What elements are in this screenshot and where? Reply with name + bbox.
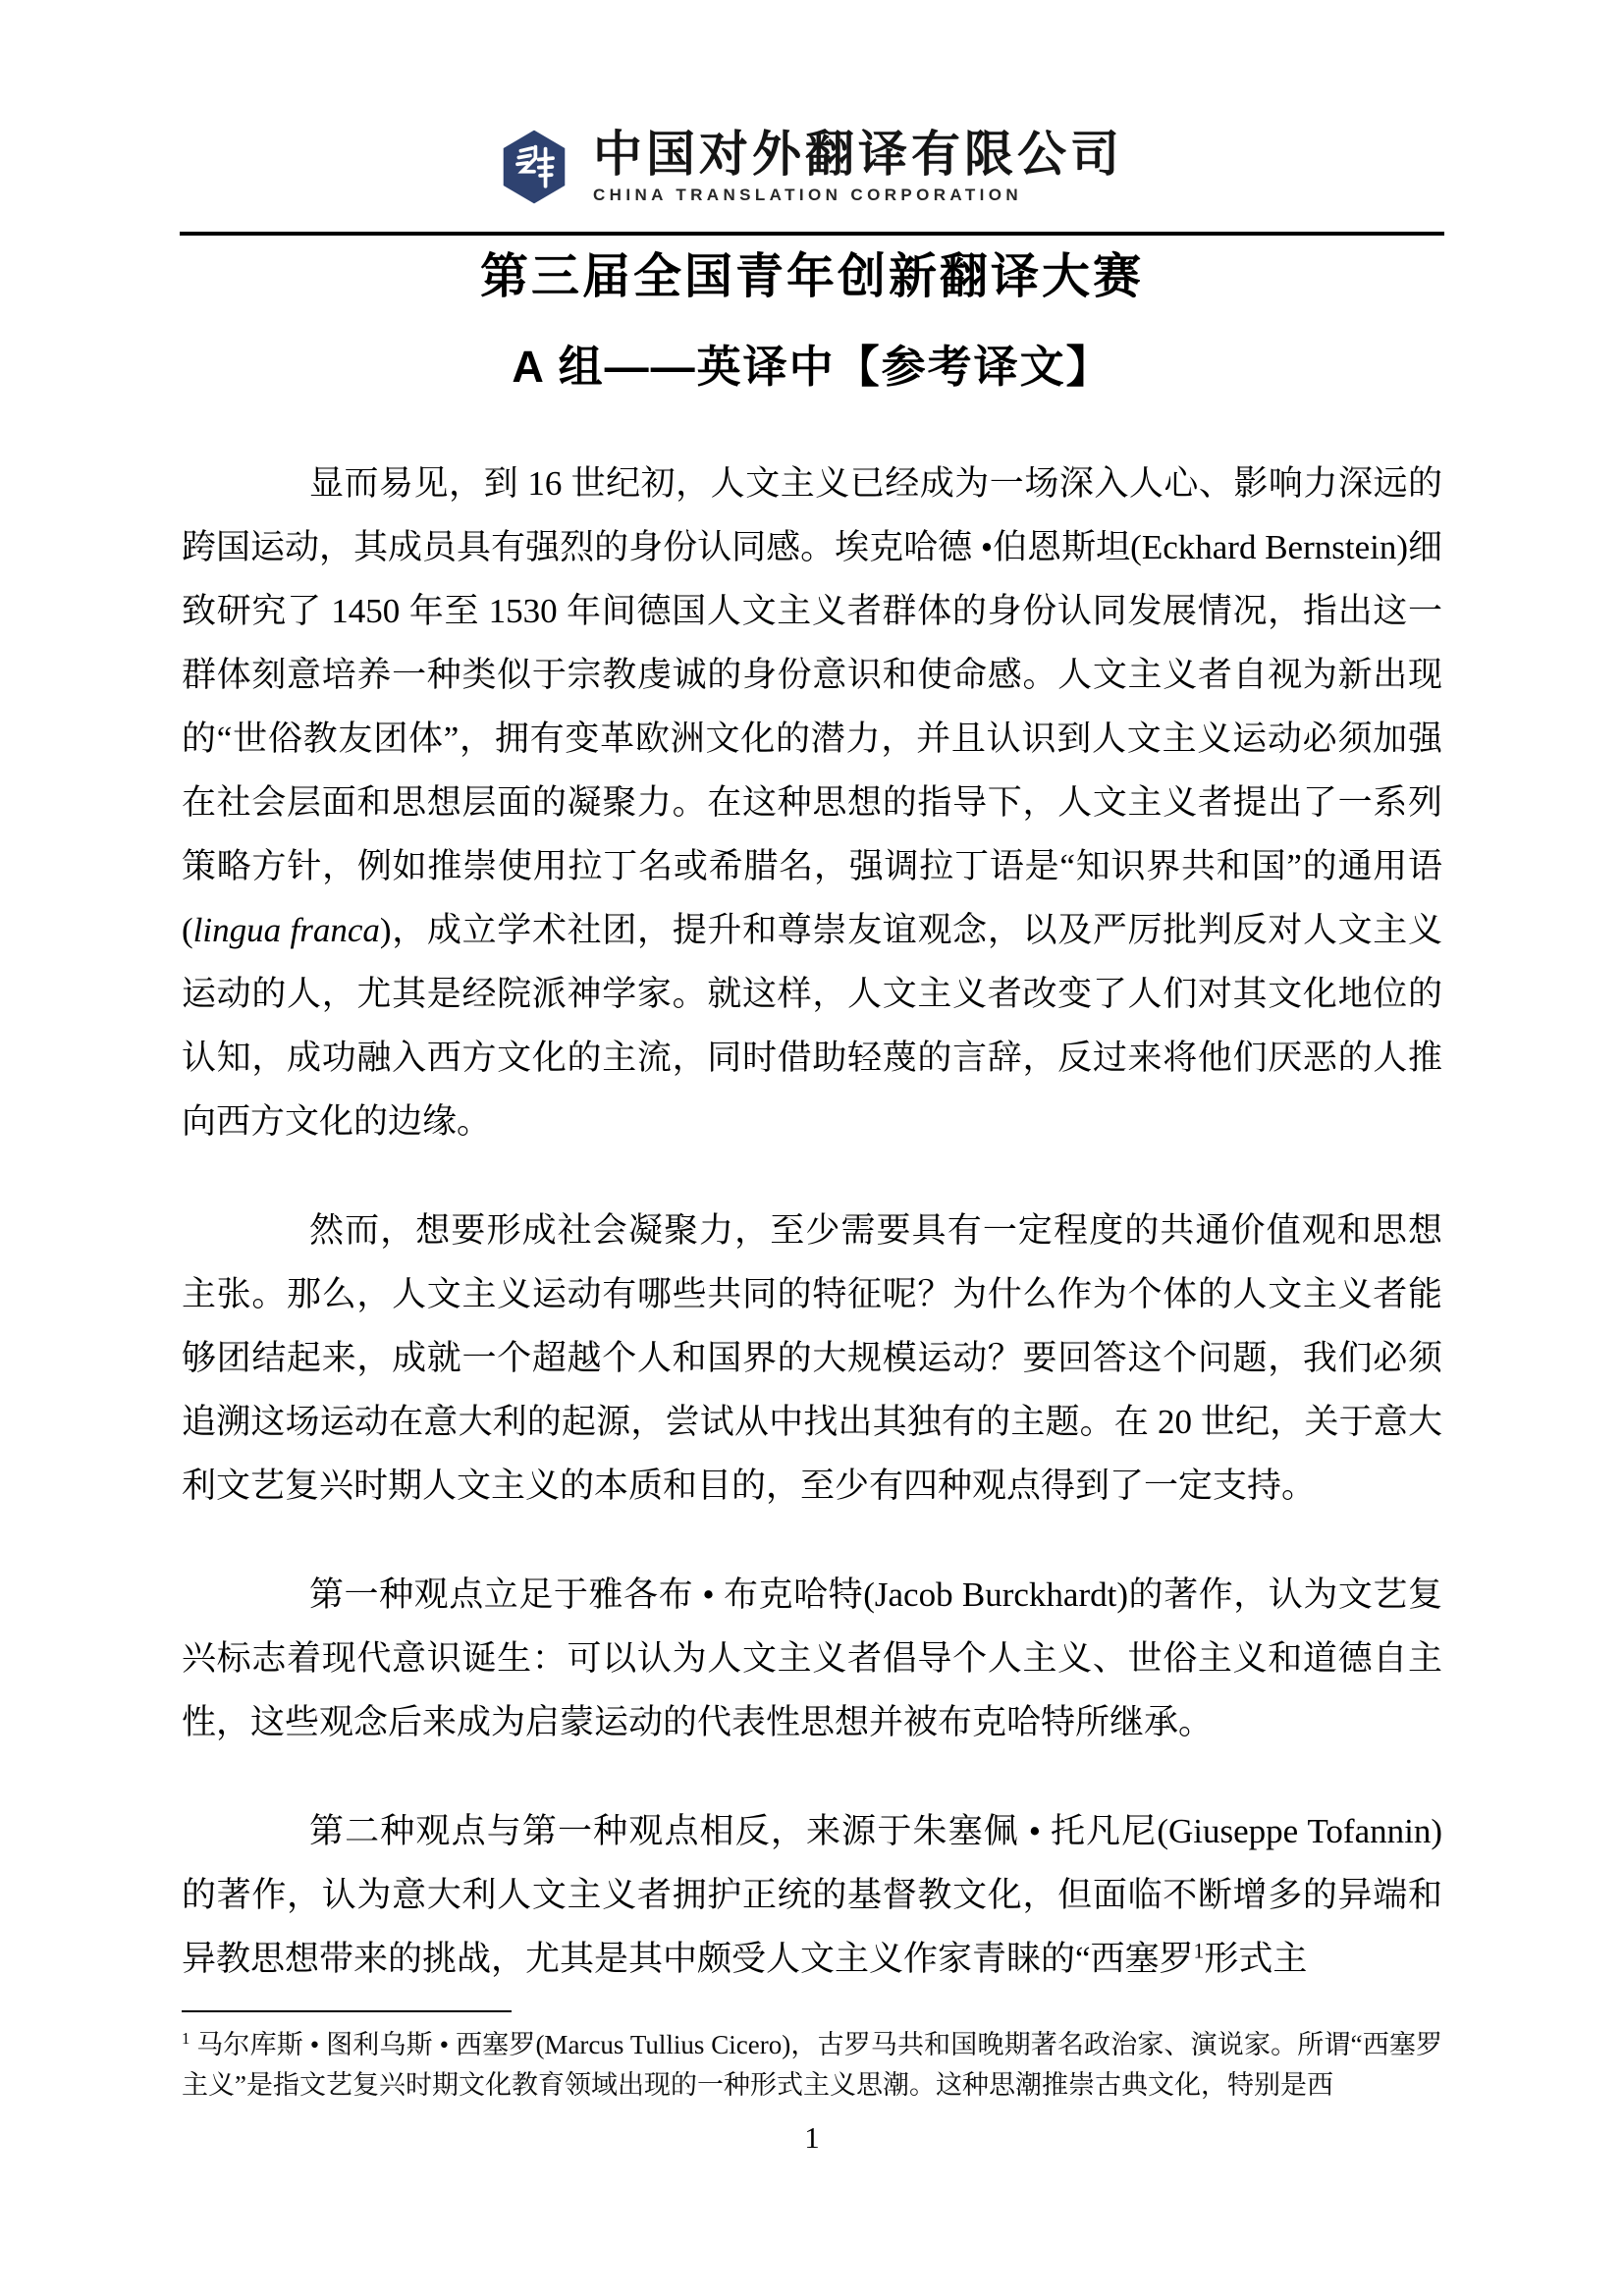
body-paragraph-1: 显而易见，到 16 世纪初，人文主义已经成为一场深入人心、影响力深远的跨国运动，… [182, 452, 1442, 1153]
text-segment: 马尔库斯 • 图利乌斯 • 西塞罗(Marcus Tullius Cicero)… [182, 2030, 1442, 2100]
company-logo: 中国对外翻译有限公司 CHINA TRANSLATION CORPORATION [0, 128, 1624, 206]
body-paragraph-3: 第一种观点立足于雅各布 • 布克哈特(Jacob Burckhardt)的著作，… [182, 1563, 1442, 1754]
document-subtitle: A 组——英译中【参考译文】 [0, 337, 1624, 398]
footnote-reference: 1 [1194, 1939, 1205, 1962]
footnote-divider [182, 2010, 512, 2012]
footnote-text: 1 马尔库斯 • 图利乌斯 • 西塞罗(Marcus Tullius Cicer… [182, 2025, 1442, 2106]
header-divider [180, 232, 1444, 236]
company-logo-hexagon-icon [501, 128, 568, 206]
text-segment: lingua franca [193, 911, 380, 949]
document-body: 显而易见，到 16 世纪初，人文主义已经成为一场深入人心、影响力深远的跨国运动，… [182, 452, 1442, 1991]
body-paragraph-2: 然而，想要形成社会凝聚力，至少需要具有一定程度的共通价值观和思想主张。那么，人文… [182, 1199, 1442, 1518]
body-paragraph-4: 第二种观点与第一种观点相反，来源于朱塞佩 • 托凡尼(Giuseppe Tofa… [182, 1799, 1442, 1991]
text-segment: 然而，想要形成社会凝聚力，至少需要具有一定程度的共通价值观和思想主张。那么，人文… [182, 1211, 1442, 1505]
footnote-section: 1 马尔库斯 • 图利乌斯 • 西塞罗(Marcus Tullius Cicer… [182, 2010, 1442, 2106]
company-name-english: CHINA TRANSLATION CORPORATION [593, 186, 1123, 205]
document-title: 第三届全国青年创新翻译大赛 [0, 246, 1624, 308]
company-logo-text: 中国对外翻译有限公司 CHINA TRANSLATION CORPORATION [593, 129, 1123, 205]
title-block: 第三届全国青年创新翻译大赛 A 组——英译中【参考译文】 [0, 246, 1624, 398]
company-name-chinese: 中国对外翻译有限公司 [593, 129, 1123, 181]
text-segment: 第一种观点立足于雅各布 • 布克哈特(Jacob Burckhardt)的著作，… [182, 1575, 1442, 1741]
hexagon-shape [504, 131, 566, 204]
page-number: 1 [0, 2120, 1624, 2156]
text-segment: 形式主 [1204, 1940, 1307, 1978]
text-segment: 显而易见，到 16 世纪初，人文主义已经成为一场深入人心、影响力深远的跨国运动，… [182, 464, 1442, 949]
document-page: 中国对外翻译有限公司 CHINA TRANSLATION CORPORATION… [0, 0, 1624, 2296]
